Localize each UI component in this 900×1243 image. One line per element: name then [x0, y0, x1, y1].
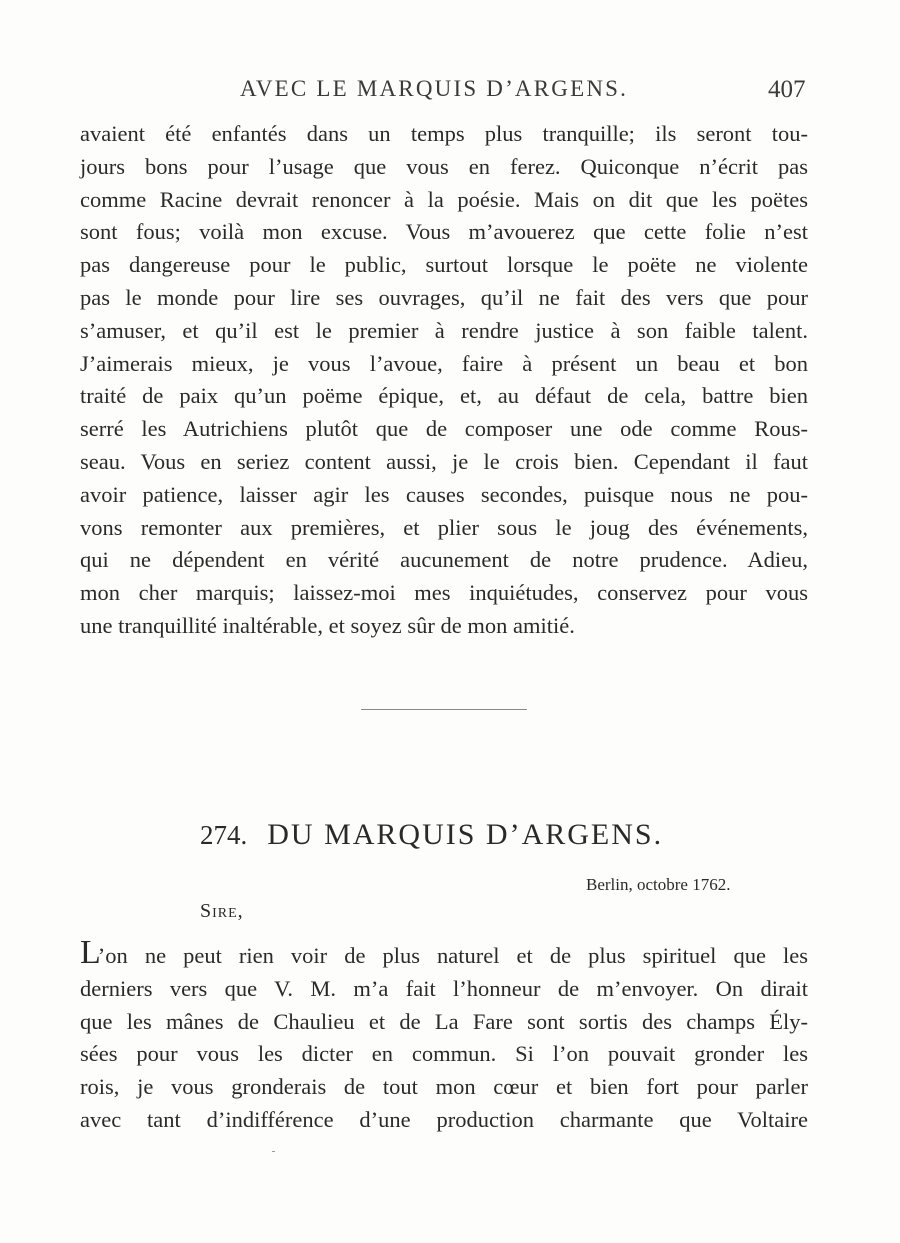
running-title: AVEC LE MARQUIS D’ARGENS.: [240, 76, 628, 102]
letter-dateline: Berlin, octobre 1762.: [586, 875, 730, 895]
text-line: serré les Autrichiens plutôt que de comp…: [80, 413, 808, 446]
page-number: 407: [768, 76, 806, 104]
text-line: sont fous; voilà mon excuse. Vous m’avou…: [80, 216, 808, 249]
text-line-first: L’on ne peut rien voir de plus naturel e…: [80, 940, 808, 973]
text-line: avec tant d’indifférence d’une productio…: [80, 1104, 808, 1137]
text-line: que les mânes de Chaulieu et de La Fare …: [80, 1006, 808, 1039]
letter-title: DU MARQUIS D’ARGENS.: [267, 818, 663, 851]
text-line: avaient été enfantés dans un temps plus …: [80, 118, 808, 151]
text-line: derniers vers que V. M. m’a fait l’honne…: [80, 973, 808, 1006]
text-line: qui ne dépendent en vérité aucunement de…: [80, 544, 808, 577]
text-line: traité de paix qu’un poëme épique, et, a…: [80, 380, 808, 413]
text-line: sées pour vous les dicter en commun. Si …: [80, 1038, 808, 1071]
running-head: AVEC LE MARQUIS D’ARGENS. 407: [0, 76, 900, 110]
text-line: comme Racine devrait renoncer à la poési…: [80, 184, 808, 217]
previous-letter-body: avaient été enfantés dans un temps plus …: [80, 118, 808, 643]
text-line: jours bons pour l’usage que vous en fere…: [80, 151, 808, 184]
text-line: pas dangereuse pour le public, surtout l…: [80, 249, 808, 282]
letter-body: L’on ne peut rien voir de plus naturel e…: [80, 940, 808, 1137]
letter-heading: 274. DU MARQUIS D’ARGENS.: [200, 818, 663, 852]
text-line: J’aimerais mieux, je vous l’avoue, faire…: [80, 348, 808, 381]
letter-salutation: Sire,: [200, 900, 244, 923]
text-line-last: une tranquillité inaltérable, et soyez s…: [80, 610, 808, 643]
letter-number: 274.: [200, 820, 247, 850]
text-line: s’amuser, et qu’il est le premier à rend…: [80, 315, 808, 348]
text-line: mon cher marquis; laissez-moi mes inquié…: [80, 577, 808, 610]
text-line: rois, je vous gronderais de tout mon cœu…: [80, 1071, 808, 1104]
text-line: seau. Vous en seriez content aussi, je l…: [80, 446, 808, 479]
section-separator-rule: [361, 709, 527, 710]
text-line: avoir patience, laisser agir les causes …: [80, 479, 808, 512]
drop-initial: L: [80, 934, 98, 971]
text-line: vons remonter aux premières, et plier so…: [80, 512, 808, 545]
scan-speck: [272, 1151, 275, 1152]
text-line: pas le monde pour lire ses ouvrages, qu’…: [80, 282, 808, 315]
